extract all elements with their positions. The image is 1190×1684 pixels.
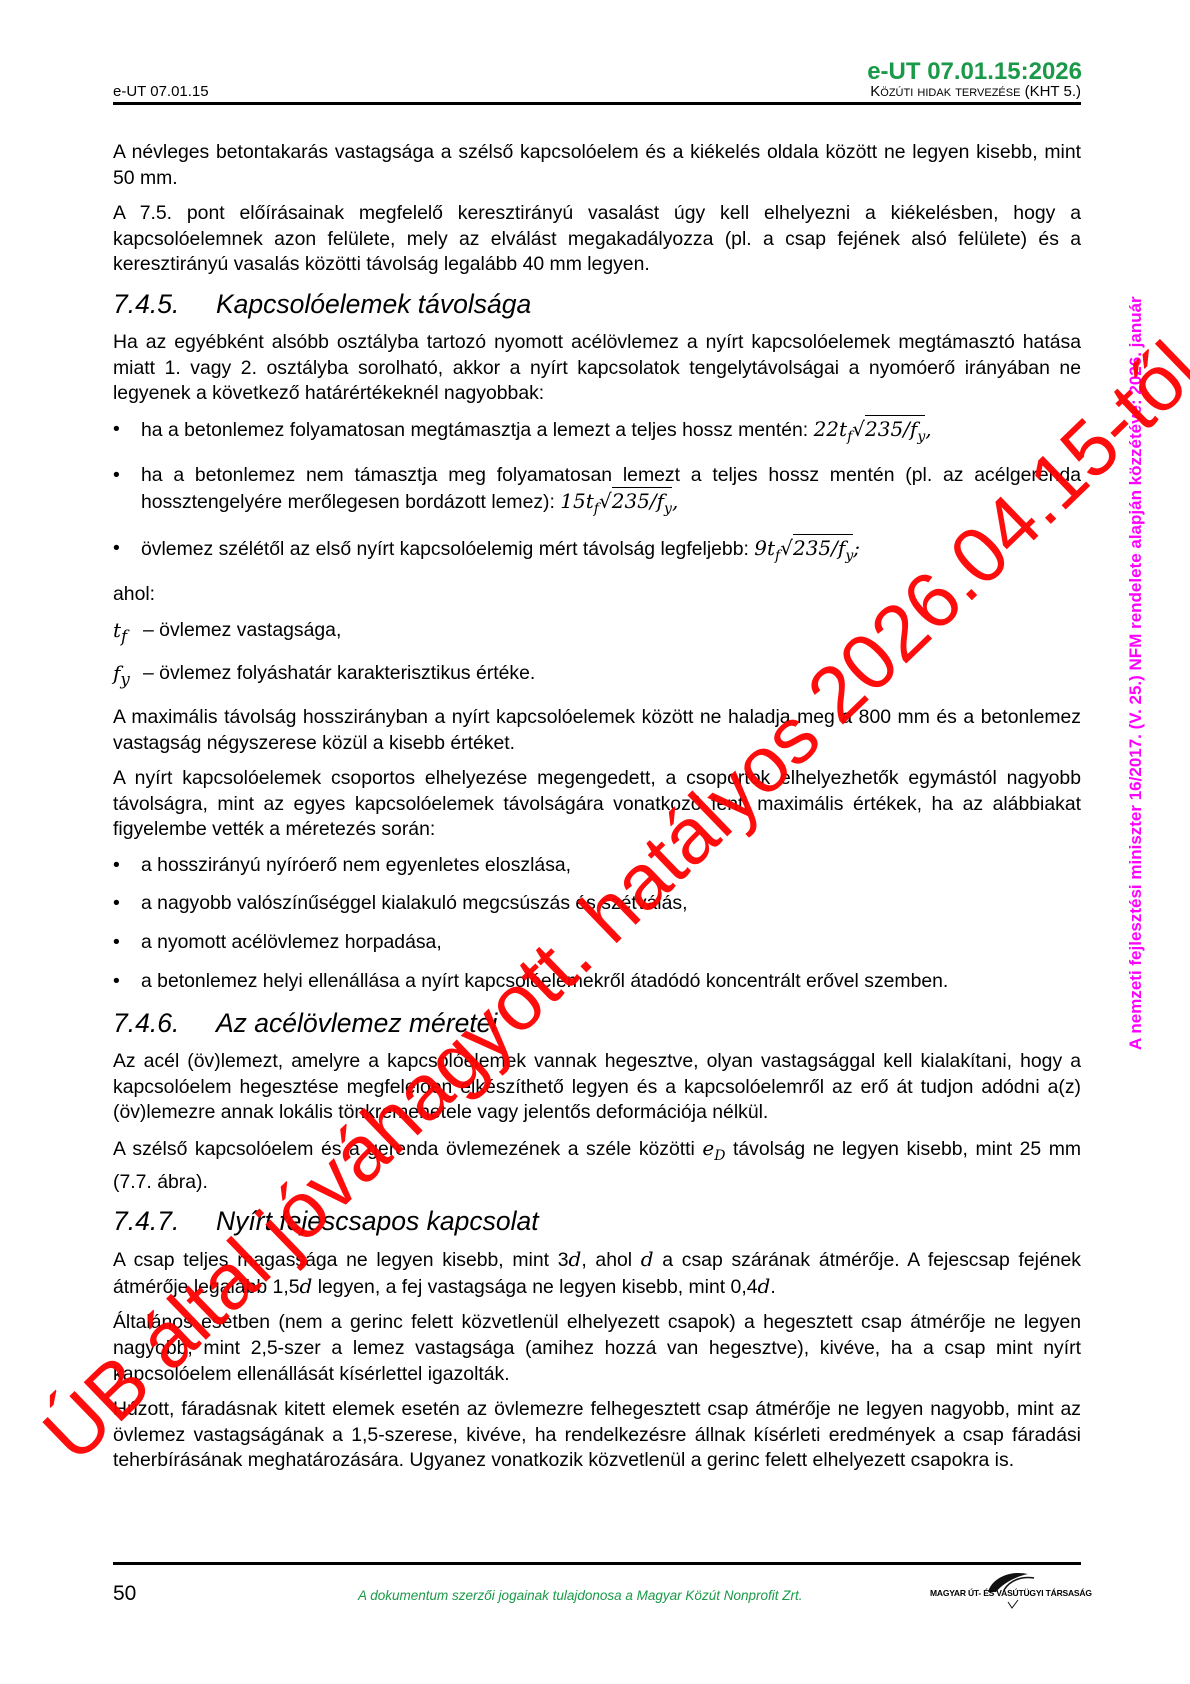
paragraph: Ha az egyébként alsóbb osztályba tartozó…	[113, 330, 1081, 407]
list-item: ha a betonlemez nem támasztja meg folyam…	[113, 463, 1081, 522]
formula: 9tf√235/fy;	[754, 536, 860, 560]
section-title: Az acélövlemez méretei	[216, 1008, 497, 1038]
list-item: a betonlemez helyi ellenállása a nyírt k…	[113, 969, 1081, 995]
header-left: e-UT 07.01.15	[113, 83, 209, 100]
document-code: e-UT 07.01.15:2026	[867, 58, 1082, 86]
list-item: a hosszirányú nyíróerő nem egyenletes el…	[113, 853, 1081, 879]
section-title: Nyírt fejescsapos kapcsolat	[216, 1206, 539, 1236]
header-right: Közúti hidak tervezése (KHT 5.)	[870, 83, 1081, 100]
paragraph: A szélső kapcsolóelem és a gerenda övlem…	[113, 1136, 1081, 1195]
document-page: e-UT 07.01.15:2026 e-UT 07.01.15 Közúti …	[0, 0, 1190, 1684]
formula: 15tf√235/fy,	[560, 489, 678, 513]
page-content: A névleges betontakarás vastagsága a szé…	[113, 140, 1081, 1484]
copyright-notice: A dokumentum szerzői jogainak tulajdonos…	[358, 1588, 802, 1603]
section-heading-7-4-6: 7.4.6.Az acélövlemez méretei	[113, 1007, 1081, 1039]
page-number: 50	[113, 1582, 136, 1606]
publication-side-note: A nemzeti fejlesztési miniszter 16/2017.…	[1126, 296, 1146, 1050]
paragraph: A névleges betontakarás vastagsága a szé…	[113, 140, 1081, 191]
section-title: Kapcsolóelemek távolsága	[216, 289, 531, 319]
paragraph: A maximális távolság hosszirányban a nyí…	[113, 705, 1081, 756]
section-heading-7-4-7: 7.4.7.Nyírt fejescsapos kapcsolat	[113, 1205, 1081, 1237]
section-number: 7.4.5.	[113, 288, 216, 320]
logo-text: MAGYAR ÚT- ÉS VASÚTÜGYI TÁRSASÁG	[930, 1588, 1092, 1598]
paragraph: Az acél (öv)lemezt, amelyre a kapcsolóel…	[113, 1049, 1081, 1126]
list-item: övlemez szélétől az első nyírt kapcsolóe…	[113, 536, 1081, 570]
section-number: 7.4.7.	[113, 1205, 216, 1237]
list-item: a nyomott acélövlemez horpadása,	[113, 930, 1081, 956]
group-conditions-list: a hosszirányú nyíróerő nem egyenletes el…	[113, 853, 1081, 994]
paragraph: A csap teljes magassága ne legyen kisebb…	[113, 1247, 1081, 1300]
list-item: ha a betonlemez folyamatosan megtámasztj…	[113, 417, 1081, 451]
paragraph: A nyírt kapcsolóelemek csoportos elhelye…	[113, 766, 1081, 843]
society-logo: MAGYAR ÚT- ÉS VASÚTÜGYI TÁRSASÁG	[930, 1568, 1080, 1613]
section-heading-7-4-5: 7.4.5.Kapcsolóelemek távolsága	[113, 288, 1081, 320]
where-label: ahol:	[113, 582, 1081, 608]
footer-rule	[113, 1562, 1081, 1565]
header-rule	[113, 102, 1081, 105]
paragraph: Általános esetben (nem a gerinc felett k…	[113, 1310, 1081, 1387]
definition-row: fy– övlemez folyáshatár karakterisztikus…	[113, 661, 1081, 693]
section-number: 7.4.6.	[113, 1007, 216, 1039]
symbol-definitions: tf– övlemez vastagsága, fy– övlemez foly…	[113, 618, 1081, 693]
paragraph: Húzott, fáradásnak kitett elemek esetén …	[113, 1397, 1081, 1474]
definition-row: tf– övlemez vastagsága,	[113, 618, 1081, 650]
spacing-limits-list: ha a betonlemez folyamatosan megtámasztj…	[113, 417, 1081, 569]
list-item: a nagyobb valószínűséggel kialakuló megc…	[113, 891, 1081, 917]
paragraph: A 7.5. pont előírásainak megfelelő keres…	[113, 201, 1081, 278]
formula: 22tf√235/fy,	[814, 417, 932, 441]
